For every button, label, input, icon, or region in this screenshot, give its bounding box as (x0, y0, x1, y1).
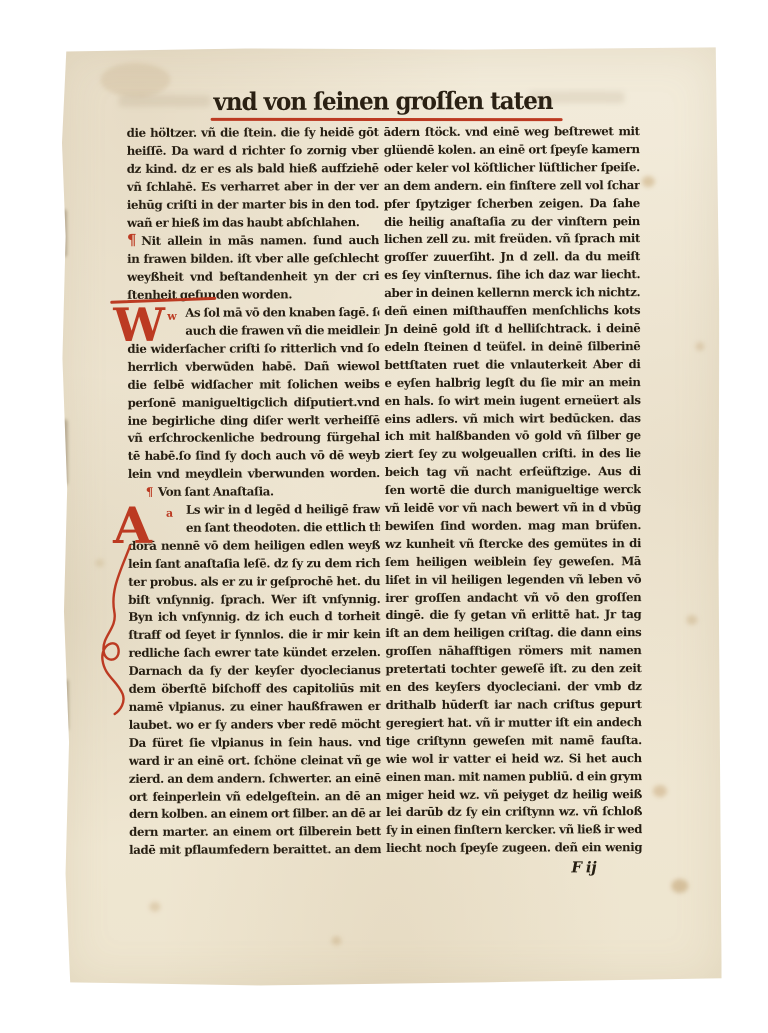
text-line: die heilig anaſtaſia zu der vinſtern pei… (384, 213, 640, 232)
paragraph: ādern ſtöck. vnd einē weg beſtrewet mitg… (384, 123, 643, 858)
text-line: redliche ſach ewrer tate kündet erzelen. (128, 644, 380, 663)
foxing-stain (671, 879, 688, 893)
running-headline: vnd von ſeinen groſſen taten (127, 86, 640, 116)
rubricated-initial-w: W (113, 302, 164, 348)
foxing-stain (642, 176, 655, 187)
text-line: e eyſen halbrig legſt du ſie mir an mein (385, 374, 641, 393)
line-text: Nit allein in mās namen. ſund auch (141, 233, 379, 248)
text-line: lei darūb dz ſy ein criſtynn wz. vñ ſchl… (386, 804, 642, 823)
text-block: die höltzer. vñ die ſtein. die ſy heidē … (61, 123, 719, 125)
text-line: lein ſant anaſtaſia leſē. dz ſy zu dem r… (128, 555, 380, 574)
foxing-stain (653, 785, 667, 797)
text-line: heiſſē. Da ward d richter ſo zornig vber (127, 142, 379, 161)
text-line: perſonē manigueltigclich diſputiert.vnd (128, 394, 380, 413)
text-line: eins adlers. vñ mich wirt bedūcken. das (385, 410, 641, 429)
text-line: ſy in einen finſtern kercker. vñ ließ ir… (386, 821, 642, 840)
text-line: die höltzer. vñ die ſtein. die ſy heidē … (127, 124, 379, 143)
heading-line: ¶Von ſant Anaſtaſia. (146, 483, 380, 502)
foxing-stain (149, 902, 160, 912)
text-line: Darnach da ſy der keyſer dyoclecianus (129, 662, 381, 681)
text-line: groſſen nāhafftigen römers mit namen (385, 642, 641, 661)
text-line: edeln ſteinen d teüfel. in deinē ſilberi… (384, 338, 640, 357)
guide-letter: a (166, 505, 173, 523)
text-line: groſſer zuuerſiht. Jn d zell. da du meiſ… (384, 248, 640, 267)
foxing-stain (695, 342, 704, 351)
text-line: in frawen bilden. iſt vber alle geſchlec… (127, 250, 379, 269)
text-line: irer groſſen andacht vñ vō den groſſen (385, 589, 641, 608)
guide-letter: w (167, 308, 176, 326)
text-line: ter probus. als er zu ir geſprochē het. … (128, 573, 380, 592)
headline-red-underline (211, 118, 563, 122)
text-line: dingē. die ſy getan vñ erlittē hat. Jr t… (385, 607, 641, 626)
text-line: wañ er hieß im das haubt abſchlahen. (127, 214, 379, 233)
text-column-left: die höltzer. vñ die ſtein. die ſy heidē … (127, 124, 382, 860)
text-line: laubet. wo er ſy anders vber redē möcht (129, 716, 381, 735)
paragraph: ¶Nit allein in mās namen. ſund auchin fr… (127, 231, 379, 305)
text-line: miger heid wz. vñ peiyget dz heilig weiß (386, 786, 642, 805)
text-line: auch die frawen vñ die meidlein. (185, 322, 379, 341)
section-heading: ¶Von ſant Anaſtaſia. (128, 483, 380, 502)
text-line: ine begirliche ding diſer werlt verheiſſ… (128, 412, 380, 431)
text-line: Ls wir in d legēd d heiligē fraw (186, 501, 380, 520)
text-line: dz kind. dz er es als bald hieß auffzieh… (127, 160, 379, 179)
text-line: iſt an dem heiligen criſtag. die dann ei… (385, 625, 641, 644)
text-line: bewiſen ſind worden. mag man brüfen. (385, 517, 641, 536)
text-line: lichen zell zu. mit freüden. vñ ſprach m… (384, 231, 640, 250)
text-line: iehūg criſti in der marter bis in den to… (127, 196, 379, 215)
text-line: beich tag vñ nacht erſeüftzige. Aus di (385, 463, 641, 482)
text-line: ladē mit pflaumfedern beraittet. an dem (129, 841, 381, 860)
paragraph: AaLs wir in d legēd d heiligē frawen ſan… (128, 501, 381, 860)
text-line: dem öberſtē biſchoff des capitoliūs mit (129, 680, 381, 699)
text-line: wz kunheit vñ ſtercke des gemütes in di (385, 535, 641, 554)
text-line: geregiert hat. vñ ir mutter iſt ein ande… (386, 714, 642, 733)
photograph-background: { "colors": { "rubric_red": "#bc3a22", "… (0, 0, 768, 1033)
text-line: drithalb hūderſt iar nach criſtus gepurt (386, 696, 642, 715)
text-line: dorā nennē vō dem heiligen edlen weyß (128, 537, 380, 556)
text-line: bettſtaten ruet die vnlauterkeit Aber di (384, 356, 640, 375)
text-line: ſem heiligen weiblein ſey geweſen. Mā (385, 553, 641, 572)
foxing-stain (686, 615, 697, 625)
text-line: lein vnd meydlein vberwunden worden. (128, 465, 380, 484)
text-line: aber in deinen kellernn merck ich nichtz… (384, 284, 640, 303)
heading-text: Von ſant Anaſtaſia. (158, 485, 274, 499)
text-line: es ſey vinſternus. ſihe ich daz war liec… (384, 266, 640, 285)
text-line: Byn ich vnſynnig. dz ich euch d torheit (128, 609, 380, 628)
text-line: tē habē.ſo ſind ſy doch auch vō dē weyb (128, 447, 380, 466)
text-line: ſtenheit gefunden worden. (127, 286, 379, 305)
text-line: ſen wortē die durch manigueltige werck (385, 481, 641, 500)
text-line: ward ir an einē ort. ſchöne cleinat vñ g… (129, 752, 381, 771)
pilcrow-mark-icon: ¶ (127, 231, 136, 249)
text-line: oder keler vol köſtlicher lüſtlicher ſpe… (384, 159, 640, 178)
text-line: vñ ſchlahē. Es verharret aber in der ver (127, 178, 379, 197)
text-line: ich mit halßbanden vō gold vñ ſilber ge (385, 428, 641, 447)
quire-signature-mark: F ij (386, 859, 642, 878)
text-line: biſt vnſynnig. ſprach. Wer iſt vnſynnig. (128, 591, 380, 610)
foxing-stain (331, 936, 341, 945)
paragraph: WwAs ſol mā vō den knaben ſagē. ſoauch d… (127, 304, 380, 484)
text-line: zierd. an dem andern. ſchwerter. an einē (129, 770, 381, 789)
text-line: ¶Nit allein in mās namen. ſund auch (127, 231, 379, 251)
text-line: ziert ſey zu wolgeuallen criſti. in des … (385, 445, 641, 464)
text-line: As ſol mā vō den knaben ſagē. ſo (185, 304, 379, 323)
text-line: liecht noch ſpeyſe zugeen. deñ ein wenig (386, 839, 642, 858)
text-line: ort feinperlein vñ edelgeſtein. an dē an (129, 788, 381, 807)
text-line: einen man. mit namen publiū. d ein grym (386, 768, 642, 787)
text-line: deñ einen miſthauffen menſchlichs kots (384, 302, 640, 321)
text-line: herrlich vberwūden habē. Dañ wiewol (127, 358, 379, 377)
text-line: en ſant theodoten. die ettlich theo (186, 519, 380, 538)
text-column-right: ādern ſtöck. vnd einē weg beſtrewet mitg… (384, 123, 643, 878)
text-line: vñ leidē vor vñ nach bewert vñ in d vbūg (385, 499, 641, 518)
text-line: pretertati tochter geweſē iſt. zu den ze… (386, 660, 642, 679)
text-line: ſtraff od ſeyet ir ſynnlos. die ir mir k… (128, 626, 380, 645)
deckle-edge-wear (61, 209, 67, 257)
text-line: ādern ſtöck. vnd einē weg beſtrewet mit (384, 123, 640, 142)
text-line: glüendē kolen. an einē ort ſpeyſe kamern (384, 141, 640, 160)
text-line: die widerſacher criſti ſo ritterlich vnd… (127, 340, 379, 359)
text-line: namē vlpianus. zu einer haußfrawen er (129, 698, 381, 717)
rubricated-initial-a: A (113, 501, 152, 551)
deckle-edge-wear (63, 679, 69, 731)
text-line: Jn deinē gold iſt d helliſchtrack. i dei… (384, 320, 640, 339)
text-line: liſet in vil heiligen legenden vñ leben … (385, 571, 641, 590)
text-line: Da füret ſie vlpianus in ſein haus. vnd (129, 734, 381, 753)
text-line: en hals. ſo wirt mein iugent erneüert al… (385, 392, 641, 411)
initial-flourish-icon (90, 544, 137, 730)
paragraph: die höltzer. vñ die ſtein. die ſy heidē … (127, 124, 379, 232)
text-line: tige criſtynn geweſen mit namē fauſta. (386, 732, 642, 751)
text-line: dern kolben. an einem ort ſilber. an dē … (129, 805, 381, 824)
text-line: weyßheit vnd beſtandenheit yn der cri (127, 268, 379, 287)
text-line: wie wol ir vatter ei heid wz. Si het auc… (386, 750, 642, 769)
text-line: dern marter. an einem ort ſilberein bett (129, 823, 381, 842)
text-line: vñ erſchrockenliche bedroung fürgehal (128, 429, 380, 448)
text-line: pfer ſpytziger ſcherben zeigen. Da ſahe (384, 195, 640, 214)
manuscript-page: vnd von ſeinen groſſen taten die höltzer… (60, 47, 721, 986)
text-line: die ſelbē widſacher mit ſolichen weibs (128, 376, 380, 395)
text-line: an dem andern. ein finſtere zell vol ſch… (384, 177, 640, 196)
text-line: en des keyſers dyocleciani. der vmb dz (386, 678, 642, 697)
deckle-edge-wear (62, 419, 68, 485)
